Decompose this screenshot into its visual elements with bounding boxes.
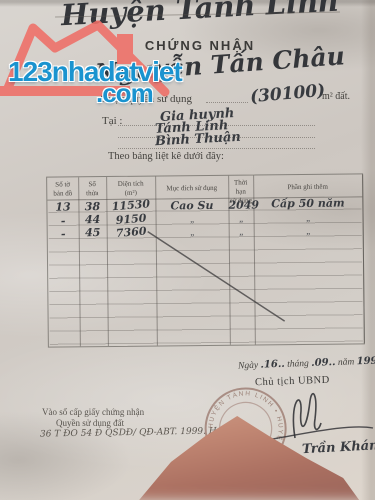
area-unit: m² đất. — [322, 91, 350, 102]
registry-line-2: Quyền sử dụng đất — [56, 418, 124, 428]
location-dotline-3 — [118, 148, 315, 149]
date-year-label: năm — [338, 357, 355, 368]
date-day-value: .16.. — [260, 359, 285, 371]
date-day-label: Ngày — [238, 361, 258, 372]
table-intro: Theo bảng liệt kê dưới đây: — [108, 151, 224, 162]
date-month-label: tháng — [287, 359, 309, 370]
date-year-value: 1999. — [356, 355, 375, 367]
location-line-province: Bình Thuận — [155, 130, 241, 149]
rights-dotline — [206, 102, 248, 103]
date-month-value: .09.. — [311, 357, 336, 369]
watermark-brand: 123nhadatviet — [8, 56, 182, 88]
watermark-tld: .com — [96, 78, 153, 109]
signer-name: Trần Khánh — [302, 438, 375, 457]
area-value: (30100) — [249, 81, 326, 107]
certificate-photo: Huyện Tánh Linh CHỨNG NHẬN Nguyễn Tấn Ch… — [0, 0, 375, 500]
parcel-table: Số tờ bản đồ Số thửa Diện tích (m²) Mục … — [46, 173, 365, 347]
table-strikeout-diagonal — [47, 174, 364, 346]
registry-line-1: Vào sổ cấp giấy chứng nhận — [42, 407, 144, 417]
registry-serial: 36 T ĐO 54 Đ QSDĐ/ QĐ-ABT. 1999. H. — [40, 426, 220, 439]
chairman-signature — [255, 383, 375, 448]
date-line: Ngày .16.. tháng .09.. năm 1999. — [238, 356, 375, 372]
